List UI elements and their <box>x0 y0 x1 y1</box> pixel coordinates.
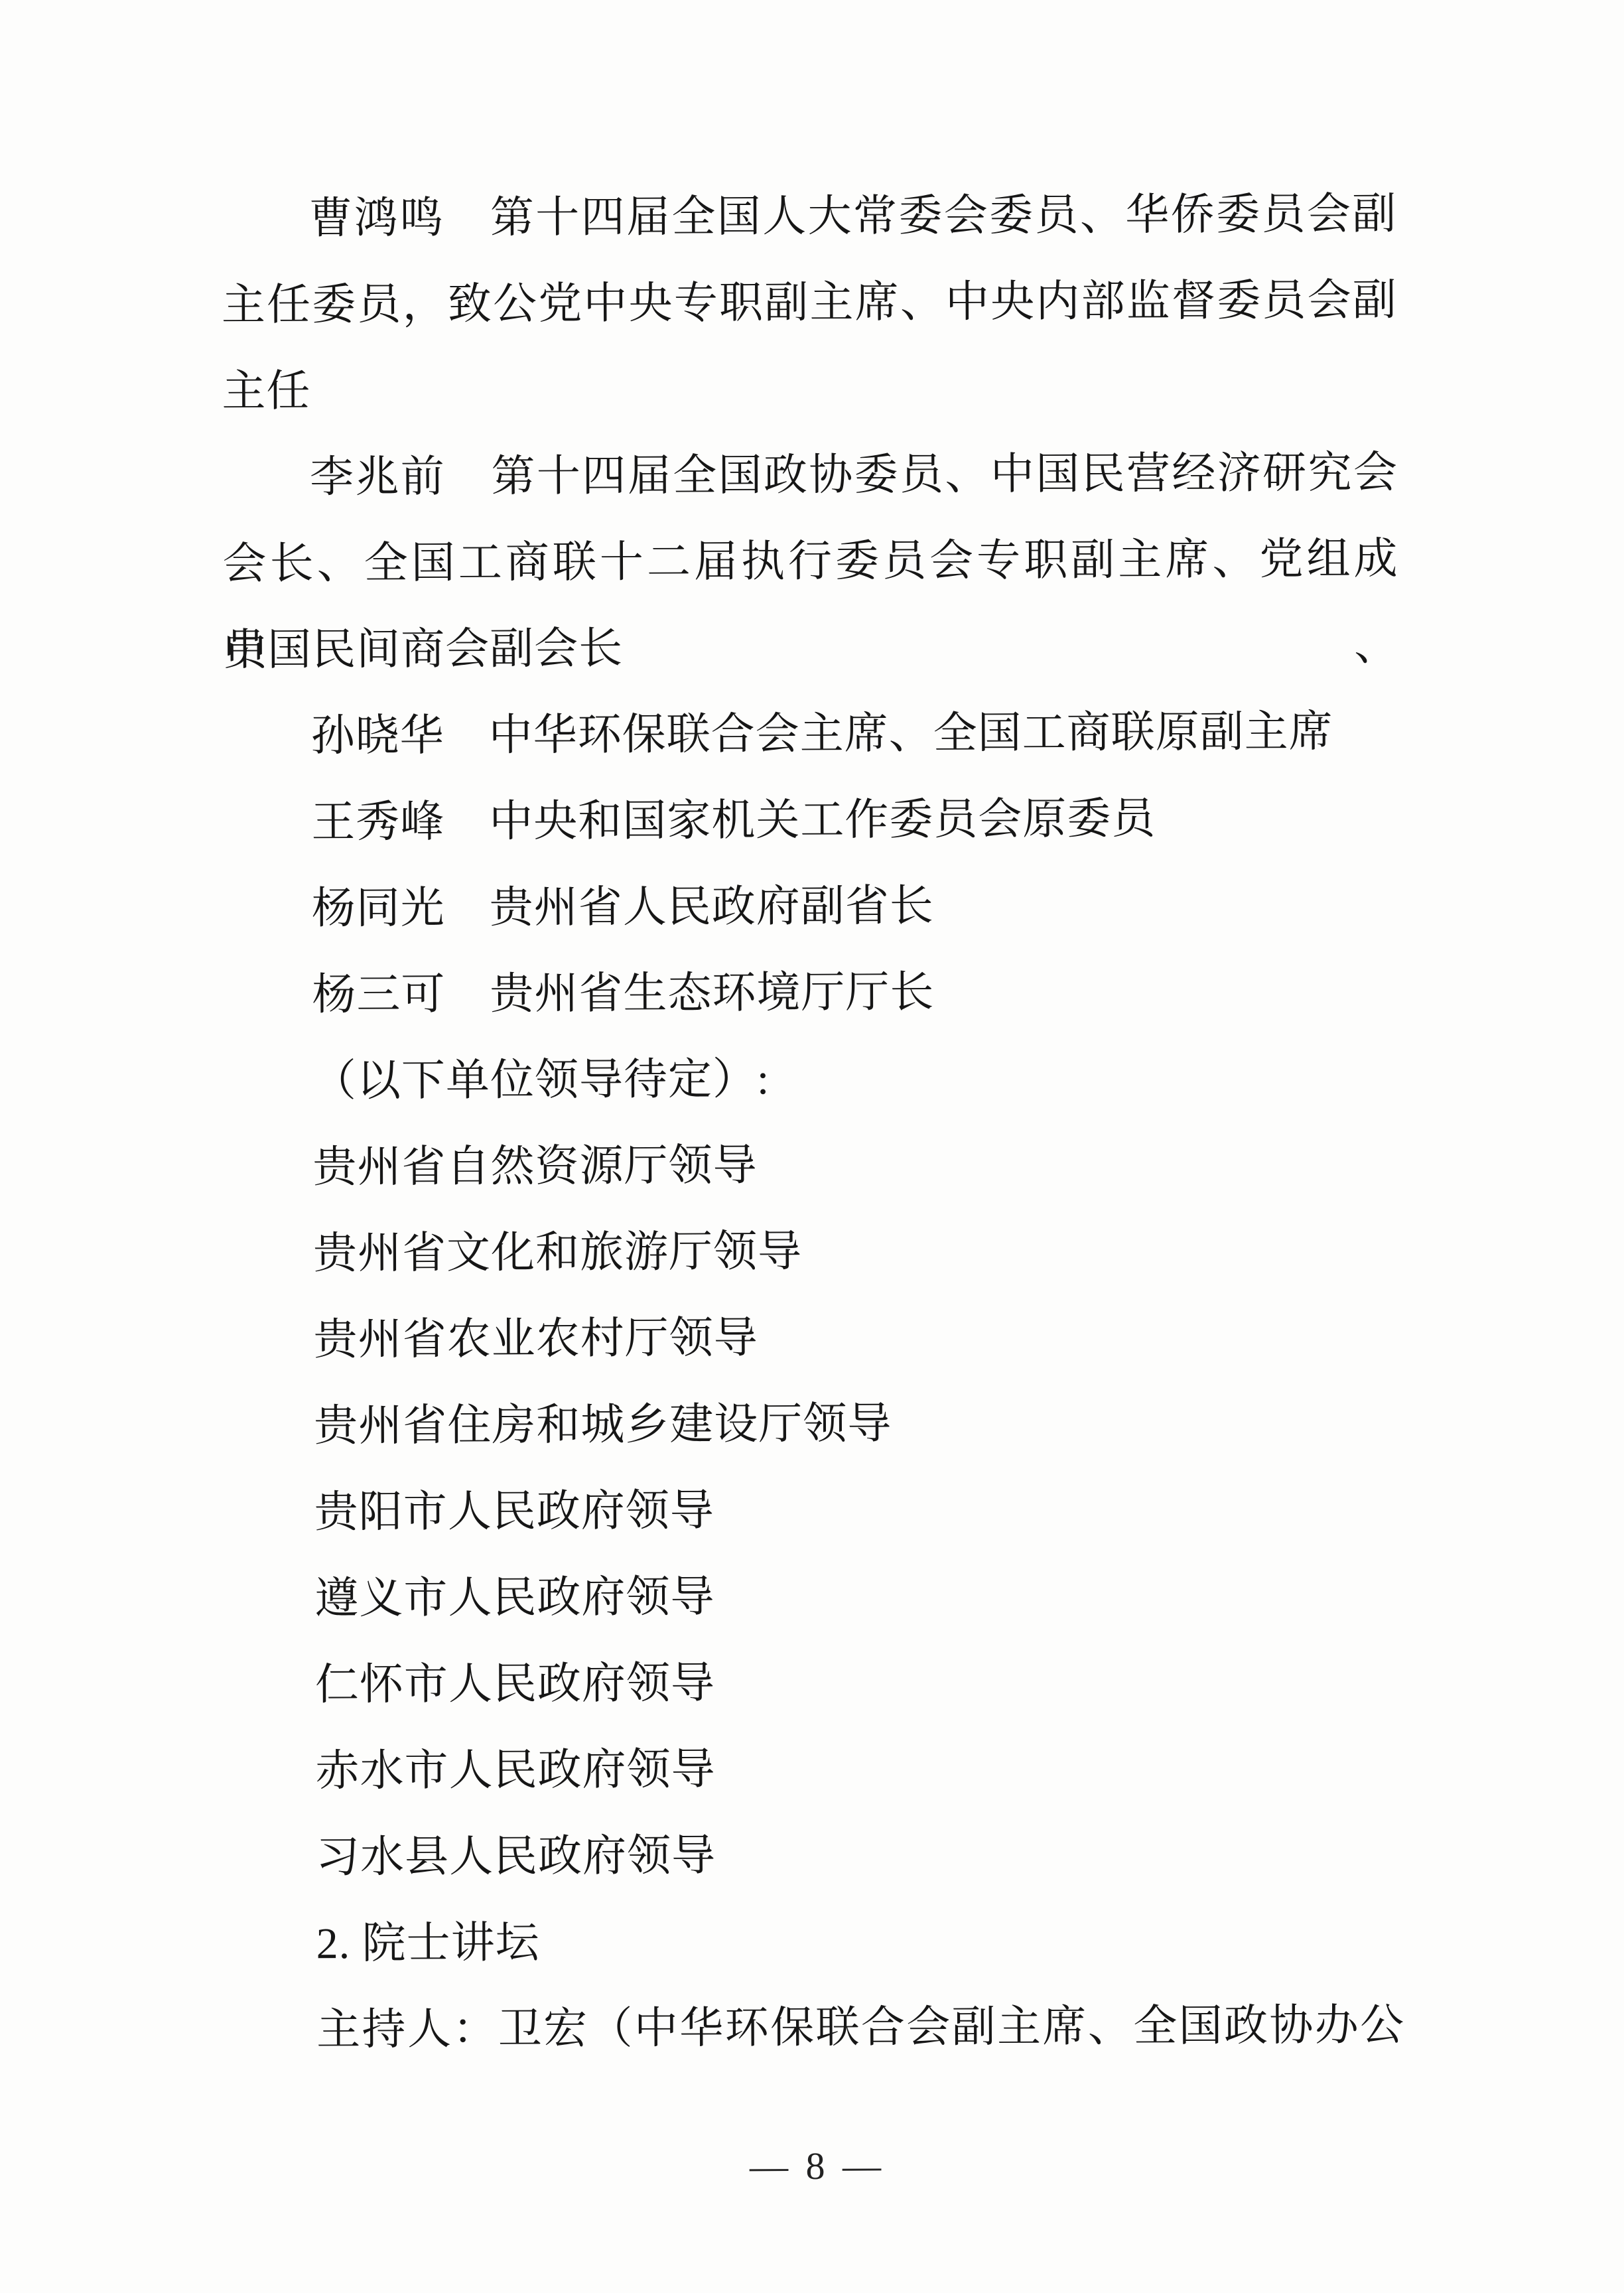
text-line: 贵州省文化和旅游厅领导 <box>226 1206 1402 1298</box>
page-number: — 8 — <box>230 2120 1406 2212</box>
text-line: 主持人：卫宏（中华环保联合会副主席、全国政协办公 <box>229 1982 1405 2074</box>
text-line: 杨同光 贵州省人民政府副省长 <box>224 861 1400 953</box>
text-line: 2. 院士讲坛 <box>228 1896 1404 1988</box>
text-line: 贵州省住房和城乡建设厅领导 <box>226 1379 1402 1470</box>
text-line: 贵阳市人民政府领导 <box>227 1465 1403 1557</box>
text-line: 孙晓华 中华环保联合会主席、全国工商联原副主席 <box>223 689 1399 780</box>
line-container: 曹鸿鸣 第十四届全国人大常委会委员、华侨委员会副主任委员，致公党中央专职副主席、… <box>221 171 1404 2074</box>
text-line: 仁怀市人民政府领导 <box>228 1637 1404 1729</box>
text-line: 主任 <box>222 344 1398 435</box>
text-line: （以下单位领导待定）: <box>225 1034 1401 1125</box>
text-line: 王秀峰 中央和国家机关工作委员会原委员 <box>224 775 1400 867</box>
text-line: 会长、全国工商联十二届执行委员会专职副主席、党组成员、 <box>222 516 1398 608</box>
text-line: 杨三可 贵州省生态环境厅厅长 <box>224 947 1400 1039</box>
text-line: 曹鸿鸣 第十四届全国人大常委会委员、华侨委员会副 <box>221 171 1397 263</box>
text-line: 习水县人民政府领导 <box>228 1810 1404 1902</box>
text-line: 遵义市人民政府领导 <box>227 1551 1403 1643</box>
text-line: 贵州省农业农村厅领导 <box>226 1292 1402 1384</box>
document-body: 曹鸿鸣 第十四届全国人大常委会委员、华侨委员会副主任委员，致公党中央专职副主席、… <box>221 171 1405 2212</box>
text-line: 主任委员，致公党中央专职副主席、中央内部监督委员会副 <box>222 257 1398 349</box>
scanned-document-page: 曹鸿鸣 第十四届全国人大常委会委员、华侨委员会副主任委员，致公党中央专职副主席、… <box>0 0 1624 2293</box>
text-line: 贵州省自然资源厅领导 <box>225 1120 1401 1212</box>
text-line: 赤水市人民政府领导 <box>228 1724 1404 1815</box>
text-line: 李兆前 第十四届全国政协委员、中国民营经济研究会 <box>222 430 1398 521</box>
